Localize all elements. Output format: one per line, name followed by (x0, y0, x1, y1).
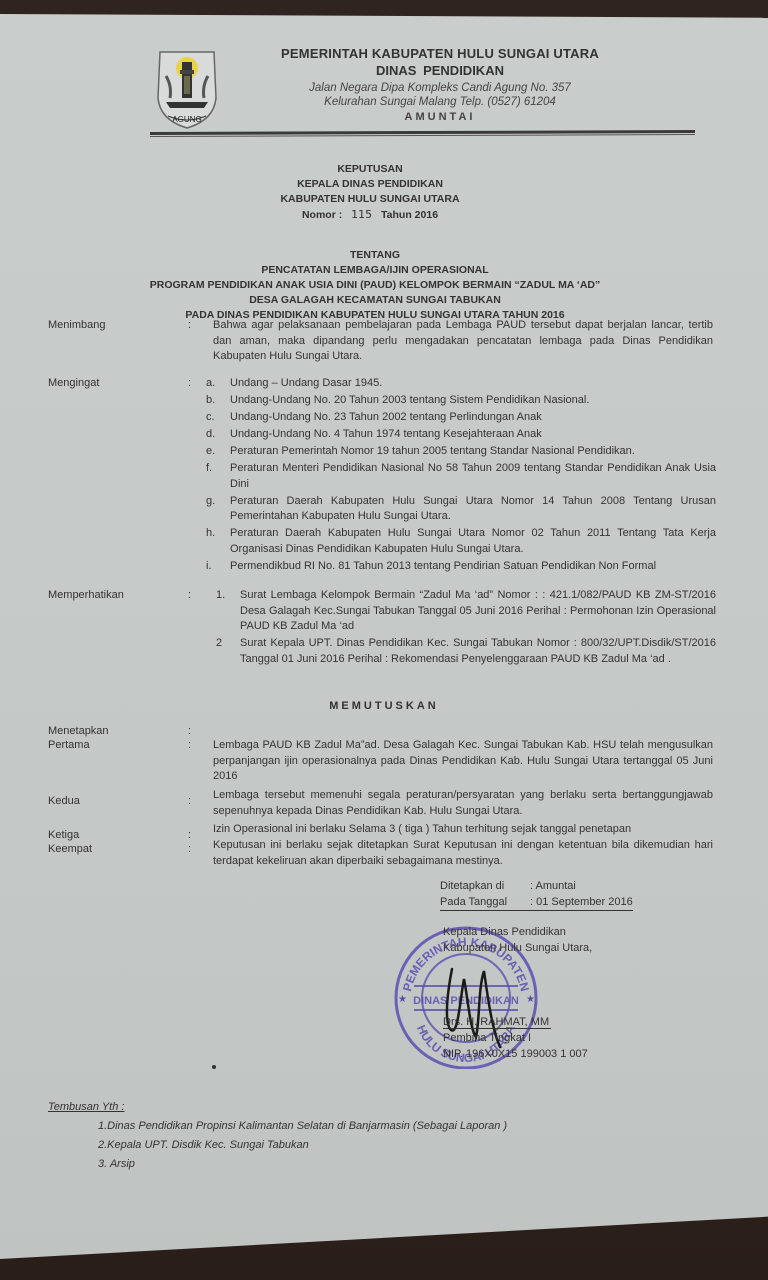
stray-mark (212, 1065, 216, 1069)
clause-kedua: Kedua : Lembaga tersebut memenuhi segala… (48, 788, 718, 822)
signer-block: Drs. H. RAHMAT, MM Pembina Tingkat I NIP… (443, 1014, 588, 1062)
clause-ketiga: Ketiga : Izin Operasional ini berlaku Se… (48, 822, 718, 838)
subject-line: DESA GALAGAH KECAMATAN SUNGAI TABUKAN (135, 293, 615, 308)
signer-nip: NIP. 196X0X15 199003 1 007 (443, 1046, 588, 1062)
section-mengingat: Mengingat : a.Undang – Undang Dasar 1945… (48, 376, 728, 566)
list-item: c.Undang-Undang No. 23 Tahun 2002 tentan… (206, 410, 716, 426)
list-item: h.Peraturan Daerah Kabupaten Hulu Sungai… (206, 526, 716, 557)
list-item: e.Peraturan Pemerintah Nomor 19 tahun 20… (206, 444, 716, 460)
department-name: DINAS PENDIDIKAN (260, 63, 620, 78)
official-position: Kepala Dinas Pendidikan Kabupaten Hulu S… (443, 924, 592, 956)
signer-name: Drs. H. RAHMAT, MM (443, 1016, 551, 1029)
list-item: b.Undang-Undang No. 20 Tahun 2003 tentan… (206, 393, 716, 409)
list-item: 1.Surat Lembaga Kelompok Bermain “Zadul … (216, 588, 716, 635)
list-item: f.Peraturan Menteri Pendidikan Nasional … (206, 461, 716, 492)
list-item: 2Surat Kepala UPT. Dinas Pendidikan Kec.… (216, 636, 716, 667)
memperhatikan-list: 1.Surat Lembaga Kelompok Bermain “Zadul … (216, 588, 716, 667)
decree-title: KEPUTUSAN KEPALA DINAS PENDIDIKAN KABUPA… (130, 162, 610, 223)
decree-subject: TENTANG PENCATATAN LEMBAGA/IJIN OPERASIO… (135, 248, 615, 323)
signer-rank: Pembina Tingkat I (443, 1030, 588, 1046)
subject-heading: TENTANG (135, 248, 615, 263)
list-item: d.Undang-Undang No. 4 Tahun 1974 tentang… (206, 427, 716, 443)
subject-line: PROGRAM PENDIDIKAN ANAK USIA DINI (PAUD)… (95, 278, 655, 293)
regency-coat-of-arms-icon: AGUNG (154, 48, 220, 130)
doc-type: KEPUTUSAN (130, 162, 610, 177)
address-line-1: Jalan Negara Dipa Kompleks Candi Agung N… (260, 82, 620, 94)
signing-details: Ditetapkan di: Amuntai Pada Tanggal: 01 … (440, 878, 680, 911)
clause-keempat: Keempat : Keputusan ini berlaku sejak di… (48, 838, 718, 872)
decision-heading: MEMUTUSKAN (0, 700, 768, 712)
handwritten-number: 115 (351, 208, 372, 221)
list-item: i.Permendikbud RI No. 81 Tahun 2013 tent… (206, 559, 716, 575)
mengingat-list: a.Undang – Undang Dasar 1945. b.Undang-U… (206, 376, 716, 574)
cc-item: 2.Kepala UPT. Disdik Kec. Sungai Tabukan (98, 1136, 507, 1155)
issuer-line-2: KABUPATEN HULU SUNGAI UTARA (130, 192, 610, 207)
section-menimbang: Menimbang : Bahwa agar pelaksanaan pembe… (48, 318, 728, 368)
decree-document: AGUNG PEMERINTAH KABUPATEN HULU SUNGAI U… (0, 14, 768, 1259)
issuer-line-1: KEPALA DINAS PENDIDIKAN (130, 177, 610, 192)
address-line-2: Kelurahan Sungai Malang Telp. (0527) 612… (260, 96, 620, 108)
svg-text:AGUNG: AGUNG (172, 115, 201, 124)
decree-number: Nomor : 115 Tahun 2016 (130, 207, 610, 223)
list-item: g.Peraturan Daerah Kabupaten Hulu Sungai… (206, 494, 716, 525)
cc-item: 3. Arsip (98, 1155, 507, 1174)
cc-item: 1.Dinas Pendidikan Propinsi Kalimantan S… (98, 1117, 507, 1136)
subject-line: PENCATATAN LEMBAGA/IJIN OPERASIONAL (135, 263, 615, 278)
city: AMUNTAI (260, 111, 620, 123)
menimbang-text: Bahwa agar pelaksanaan pembelajaran pada… (213, 318, 713, 365)
svg-text:★: ★ (526, 994, 535, 1005)
clause-pertama: Pertama : Lembaga PAUD KB Zadul Ma”ad. D… (48, 738, 718, 788)
letterhead: AGUNG PEMERINTAH KABUPATEN HULU SUNGAI U… (150, 44, 710, 134)
government-name: PEMERINTAH KABUPATEN HULU SUNGAI UTARA (260, 46, 620, 61)
cc-title: Tembusan Yth : (48, 1098, 507, 1117)
section-memperhatikan: Memperhatikan : 1.Surat Lembaga Kelompok… (48, 588, 728, 688)
list-item: a.Undang – Undang Dasar 1945. (206, 376, 716, 392)
carbon-copy-section: Tembusan Yth : 1.Dinas Pendidikan Propin… (48, 1098, 507, 1174)
svg-text:★: ★ (398, 994, 407, 1005)
